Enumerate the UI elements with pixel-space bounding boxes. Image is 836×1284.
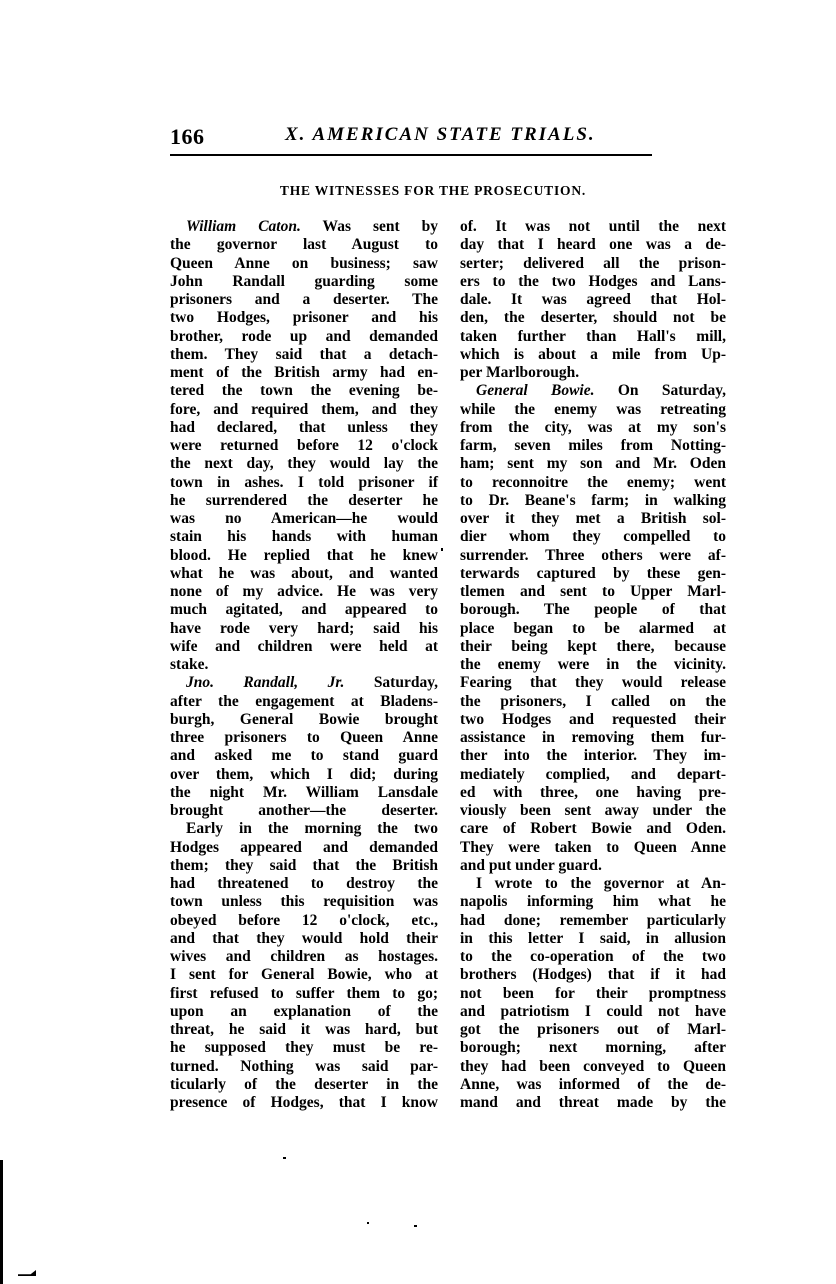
line-text: stake. — [170, 656, 208, 673]
line-text: napolis informing him what he — [460, 893, 726, 910]
line-text: ers to the two Hodges and Lans- — [460, 273, 726, 290]
text-line: John Randall guarding some — [170, 273, 438, 291]
line-text: Saturday, — [344, 674, 438, 691]
line-text: two Hodges and requested their — [460, 711, 726, 728]
text-line: threat, he said it was hard, but — [170, 1021, 438, 1039]
text-line: ham; sent my son and Mr. Oden — [460, 455, 726, 473]
text-line: town in ashes. I told prisoner if — [170, 474, 438, 492]
line-text: got the prisoners out of Marl- — [460, 1021, 726, 1038]
line-text: and put under guard. — [460, 857, 602, 874]
line-text: turned. Nothing was said par- — [170, 1058, 438, 1075]
line-text: tlemen and sent to Upper Marl- — [460, 583, 726, 600]
line-text: over it they met a British sol- — [460, 510, 726, 527]
line-text: Anne, was informed of the de- — [460, 1076, 726, 1093]
text-line: Anne, was informed of the de- — [460, 1076, 726, 1094]
text-line: surrender. Three others were af- — [460, 547, 726, 565]
text-line: ed with three, one having pre- — [460, 784, 726, 802]
line-text: the next day, they would lay the — [170, 455, 438, 472]
line-text: tered the town the evening be- — [170, 382, 438, 399]
text-line: dier whom they compelled to — [460, 528, 726, 546]
page-number: 166 — [170, 124, 205, 150]
text-line: have rode very hard; said his — [170, 620, 438, 638]
line-text: I wrote to the governor at An- — [476, 875, 726, 892]
line-text: They were taken to Queen Anne — [460, 839, 726, 856]
line-text: while the enemy was retreating — [460, 401, 726, 418]
line-text: mediately complied, and depart- — [460, 766, 726, 783]
text-line: two Hodges, prisoner and his — [170, 309, 438, 327]
text-line: mand and threat made by the — [460, 1094, 726, 1112]
line-text: Hodges appeared and demanded — [170, 839, 438, 856]
text-line: were returned before 12 o'clock — [170, 437, 438, 455]
text-line: Early in the morning the two — [170, 820, 438, 838]
text-line: and patriotism I could not have — [460, 1003, 726, 1021]
text-line: much agitated, and appeared to — [170, 601, 438, 619]
line-text: three prisoners to Queen Anne — [170, 729, 438, 746]
text-line: the night Mr. William Lansdale — [170, 784, 438, 802]
text-line: ther into the interior. They im- — [460, 747, 726, 765]
line-text: brothers (Hodges) that if it had — [460, 966, 726, 983]
book-title: X. AMERICAN STATE TRIALS. — [285, 124, 596, 146]
line-text: ment of the British army had en- — [170, 364, 438, 381]
scan-speck — [441, 548, 443, 551]
left-column: William Caton. Was sent bythe governor l… — [170, 218, 438, 1112]
line-text: much agitated, and appeared to — [170, 601, 438, 618]
text-line: was no American—he would — [170, 510, 438, 528]
text-line: General Bowie. On Saturday, — [460, 382, 726, 400]
line-text: not been for their promptness — [460, 985, 726, 1002]
text-line: them. They said that a detach- — [170, 346, 438, 364]
line-text: fore, and required them, and they — [170, 401, 438, 418]
line-text: surrender. Three others were af- — [460, 547, 726, 564]
text-line: of. It was not until the next — [460, 218, 726, 236]
line-text: wife and children were held at — [170, 638, 438, 655]
text-line: brought another—the deserter. — [170, 802, 438, 820]
line-text: presence of Hodges, that I know — [170, 1094, 438, 1111]
line-text: have rode very hard; said his — [170, 620, 438, 637]
line-text: ham; sent my son and Mr. Oden — [460, 455, 726, 472]
text-line: to reconnoitre the enemy; went — [460, 474, 726, 492]
text-line: viously been sent away under the — [460, 802, 726, 820]
text-line: had declared, that unless they — [170, 419, 438, 437]
text-line: upon an explanation of the — [170, 1003, 438, 1021]
line-text: On Saturday, — [594, 382, 726, 399]
witness-name: General Bowie. — [476, 382, 594, 399]
line-text: prisoners and a deserter. The — [170, 291, 438, 308]
text-line: turned. Nothing was said par- — [170, 1058, 438, 1076]
text-line: ers to the two Hodges and Lans- — [460, 273, 726, 291]
line-text: was no American—he would — [170, 510, 438, 527]
line-text: town in ashes. I told prisoner if — [170, 474, 438, 491]
text-line: I wrote to the governor at An- — [460, 875, 726, 893]
text-line: I sent for General Bowie, who at — [170, 966, 438, 984]
text-line: wife and children were held at — [170, 638, 438, 656]
text-line: had done; remember particularly — [460, 912, 726, 930]
text-line: Jno. Randall, Jr. Saturday, — [170, 674, 438, 692]
text-line: them; they said that the British — [170, 857, 438, 875]
scan-corner-mark — [18, 1270, 36, 1276]
line-text: and that they would hold their — [170, 930, 438, 947]
text-line: care of Robert Bowie and Oden. — [460, 820, 726, 838]
text-line: he surrendered the deserter he — [170, 492, 438, 510]
scan-speck — [283, 1157, 286, 1159]
line-text: burgh, General Bowie brought — [170, 711, 438, 728]
line-text: from the city, was at my son's — [460, 419, 726, 436]
line-text: had done; remember particularly — [460, 912, 726, 929]
line-text: dier whom they compelled to — [460, 528, 726, 545]
line-text: and asked me to stand guard — [170, 747, 438, 764]
text-line: serter; delivered all the prison- — [460, 255, 726, 273]
text-line: They were taken to Queen Anne — [460, 839, 726, 857]
text-line: over it they met a British sol- — [460, 510, 726, 528]
scan-edge-mark — [0, 1160, 3, 1284]
line-text: brought another—the deserter. — [170, 802, 438, 819]
text-line: to the co-operation of the two — [460, 948, 726, 966]
text-line: first refused to suffer them to go; — [170, 985, 438, 1003]
text-line: three prisoners to Queen Anne — [170, 729, 438, 747]
line-text: the prisoners, I called on the — [460, 693, 726, 710]
text-line: the prisoners, I called on the — [460, 693, 726, 711]
line-text: wives and children as hostages. — [170, 948, 438, 965]
text-line: per Marlborough. — [460, 364, 726, 382]
line-text: terwards captured by these gen- — [460, 565, 726, 582]
line-text: blood. He replied that he knew — [170, 547, 438, 564]
text-line: taken further than Hall's mill, — [460, 328, 726, 346]
text-line: tered the town the evening be- — [170, 382, 438, 400]
line-text: to reconnoitre the enemy; went — [460, 474, 726, 491]
text-line: fore, and required them, and they — [170, 401, 438, 419]
line-text: which is about a mile from Up- — [460, 346, 726, 363]
line-text: to Dr. Beane's farm; in walking — [460, 492, 726, 509]
text-line: burgh, General Bowie brought — [170, 711, 438, 729]
text-line: from the city, was at my son's — [460, 419, 726, 437]
text-line: and that they would hold their — [170, 930, 438, 948]
line-text: viously been sent away under the — [460, 802, 726, 819]
line-text: serter; delivered all the prison- — [460, 255, 726, 272]
text-line: the enemy were in the vicinity. — [460, 656, 726, 674]
text-line: obeyed before 12 o'clock, etc., — [170, 912, 438, 930]
line-text: borough. The people of that — [460, 601, 726, 618]
line-text: were returned before 12 o'clock — [170, 437, 438, 454]
line-text: had declared, that unless they — [170, 419, 438, 436]
text-line: and put under guard. — [460, 857, 726, 875]
text-line: brother, rode up and demanded — [170, 328, 438, 346]
right-column: of. It was not until the nextday that I … — [460, 218, 726, 1112]
text-line: prisoners and a deserter. The — [170, 291, 438, 309]
header-rule — [170, 154, 652, 156]
text-line: two Hodges and requested their — [460, 711, 726, 729]
scan-speck — [367, 1222, 369, 1224]
line-text: had threatened to destroy the — [170, 875, 438, 892]
text-line: wives and children as hostages. — [170, 948, 438, 966]
line-text: den, the deserter, should not be — [460, 309, 726, 326]
line-text: of. It was not until the next — [460, 218, 726, 235]
line-text: farm, seven miles from Notting- — [460, 437, 726, 454]
line-text: I sent for General Bowie, who at — [170, 966, 438, 983]
text-line: napolis informing him what he — [460, 893, 726, 911]
text-line: brothers (Hodges) that if it had — [460, 966, 726, 984]
text-line: he supposed they must be re- — [170, 1039, 438, 1057]
line-text: ed with three, one having pre- — [460, 784, 726, 801]
section-title: THE WITNESSES FOR THE PROSECUTION. — [192, 183, 674, 199]
text-line: town unless this requisition was — [170, 893, 438, 911]
line-text: the enemy were in the vicinity. — [460, 656, 726, 673]
line-text: them. They said that a detach- — [170, 346, 438, 363]
line-text: Early in the morning the two — [186, 820, 438, 837]
line-text: and patriotism I could not have — [460, 1003, 726, 1020]
line-text: dale. It was agreed that Hol- — [460, 291, 726, 308]
line-text: mand and threat made by the — [460, 1094, 726, 1111]
line-text: borough; next morning, after — [460, 1039, 726, 1056]
text-line: Hodges appeared and demanded — [170, 839, 438, 857]
text-line: dale. It was agreed that Hol- — [460, 291, 726, 309]
text-line: had threatened to destroy the — [170, 875, 438, 893]
running-head: 166 X. AMERICAN STATE TRIALS. — [170, 124, 650, 154]
line-text: ther into the interior. They im- — [460, 747, 726, 764]
text-line: blood. He replied that he knew — [170, 547, 438, 565]
text-line: mediately complied, and depart- — [460, 766, 726, 784]
text-line: borough. The people of that — [460, 601, 726, 619]
text-line: their being kept there, because — [460, 638, 726, 656]
line-text: Was sent by — [301, 218, 438, 235]
line-text: over them, which I did; during — [170, 766, 438, 783]
line-text: two Hodges, prisoner and his — [170, 309, 438, 326]
line-text: in this letter I said, in allusion — [460, 930, 726, 947]
text-line: ticularly of the deserter in the — [170, 1076, 438, 1094]
text-line: what he was about, and wanted — [170, 565, 438, 583]
line-text: to the co-operation of the two — [460, 948, 726, 965]
line-text: them; they said that the British — [170, 857, 438, 874]
text-line: place began to be alarmed at — [460, 620, 726, 638]
scanned-book-page: 166 X. AMERICAN STATE TRIALS. THE WITNES… — [0, 0, 836, 1284]
line-text: stain his hands with human — [170, 528, 438, 545]
text-line: which is about a mile from Up- — [460, 346, 726, 364]
text-line: and asked me to stand guard — [170, 747, 438, 765]
text-line: Fearing that they would release — [460, 674, 726, 692]
line-text: obeyed before 12 o'clock, etc., — [170, 912, 438, 929]
witness-name: Jno. Randall, Jr. — [186, 674, 344, 691]
line-text: the night Mr. William Lansdale — [170, 784, 438, 801]
line-text: ticularly of the deserter in the — [170, 1076, 438, 1093]
text-line: after the engagement at Bladens- — [170, 693, 438, 711]
text-line: not been for their promptness — [460, 985, 726, 1003]
text-line: none of my advice. He was very — [170, 583, 438, 601]
text-line: they had been conveyed to Queen — [460, 1058, 726, 1076]
line-text: day that I heard one was a de- — [460, 236, 726, 253]
text-line: farm, seven miles from Notting- — [460, 437, 726, 455]
text-line: ment of the British army had en- — [170, 364, 438, 382]
line-text: upon an explanation of the — [170, 1003, 438, 1020]
text-line: the next day, they would lay the — [170, 455, 438, 473]
line-text: Fearing that they would release — [460, 674, 726, 691]
text-line: in this letter I said, in allusion — [460, 930, 726, 948]
line-text: place began to be alarmed at — [460, 620, 726, 637]
line-text: he supposed they must be re- — [170, 1039, 438, 1056]
text-line: while the enemy was retreating — [460, 401, 726, 419]
line-text: first refused to suffer them to go; — [170, 985, 438, 1002]
line-text: Queen Anne on business; saw — [170, 255, 438, 272]
line-text: John Randall guarding some — [170, 273, 438, 290]
line-text: what he was about, and wanted — [170, 565, 438, 582]
text-line: borough; next morning, after — [460, 1039, 726, 1057]
text-line: got the prisoners out of Marl- — [460, 1021, 726, 1039]
text-line: stain his hands with human — [170, 528, 438, 546]
line-text: brother, rode up and demanded — [170, 328, 438, 345]
line-text: they had been conveyed to Queen — [460, 1058, 726, 1075]
line-text: their being kept there, because — [460, 638, 726, 655]
text-line: tlemen and sent to Upper Marl- — [460, 583, 726, 601]
line-text: assistance in removing them fur- — [460, 729, 726, 746]
text-line: presence of Hodges, that I know — [170, 1094, 438, 1112]
line-text: the governor last August to — [170, 236, 438, 253]
scan-speck — [414, 1225, 417, 1227]
text-line: over them, which I did; during — [170, 766, 438, 784]
line-text: he surrendered the deserter he — [170, 492, 438, 509]
line-text: town unless this requisition was — [170, 893, 438, 910]
text-line: den, the deserter, should not be — [460, 309, 726, 327]
line-text: none of my advice. He was very — [170, 583, 438, 600]
text-line: day that I heard one was a de- — [460, 236, 726, 254]
text-line: Queen Anne on business; saw — [170, 255, 438, 273]
text-line: William Caton. Was sent by — [170, 218, 438, 236]
witness-name: William Caton. — [186, 218, 301, 235]
line-text: taken further than Hall's mill, — [460, 328, 726, 345]
line-text: per Marlborough. — [460, 364, 579, 381]
text-line: the governor last August to — [170, 236, 438, 254]
text-line: to Dr. Beane's farm; in walking — [460, 492, 726, 510]
line-text: after the engagement at Bladens- — [170, 693, 438, 710]
line-text: care of Robert Bowie and Oden. — [460, 820, 726, 837]
line-text: threat, he said it was hard, but — [170, 1021, 438, 1038]
text-line: stake. — [170, 656, 438, 674]
text-line: terwards captured by these gen- — [460, 565, 726, 583]
text-line: assistance in removing them fur- — [460, 729, 726, 747]
